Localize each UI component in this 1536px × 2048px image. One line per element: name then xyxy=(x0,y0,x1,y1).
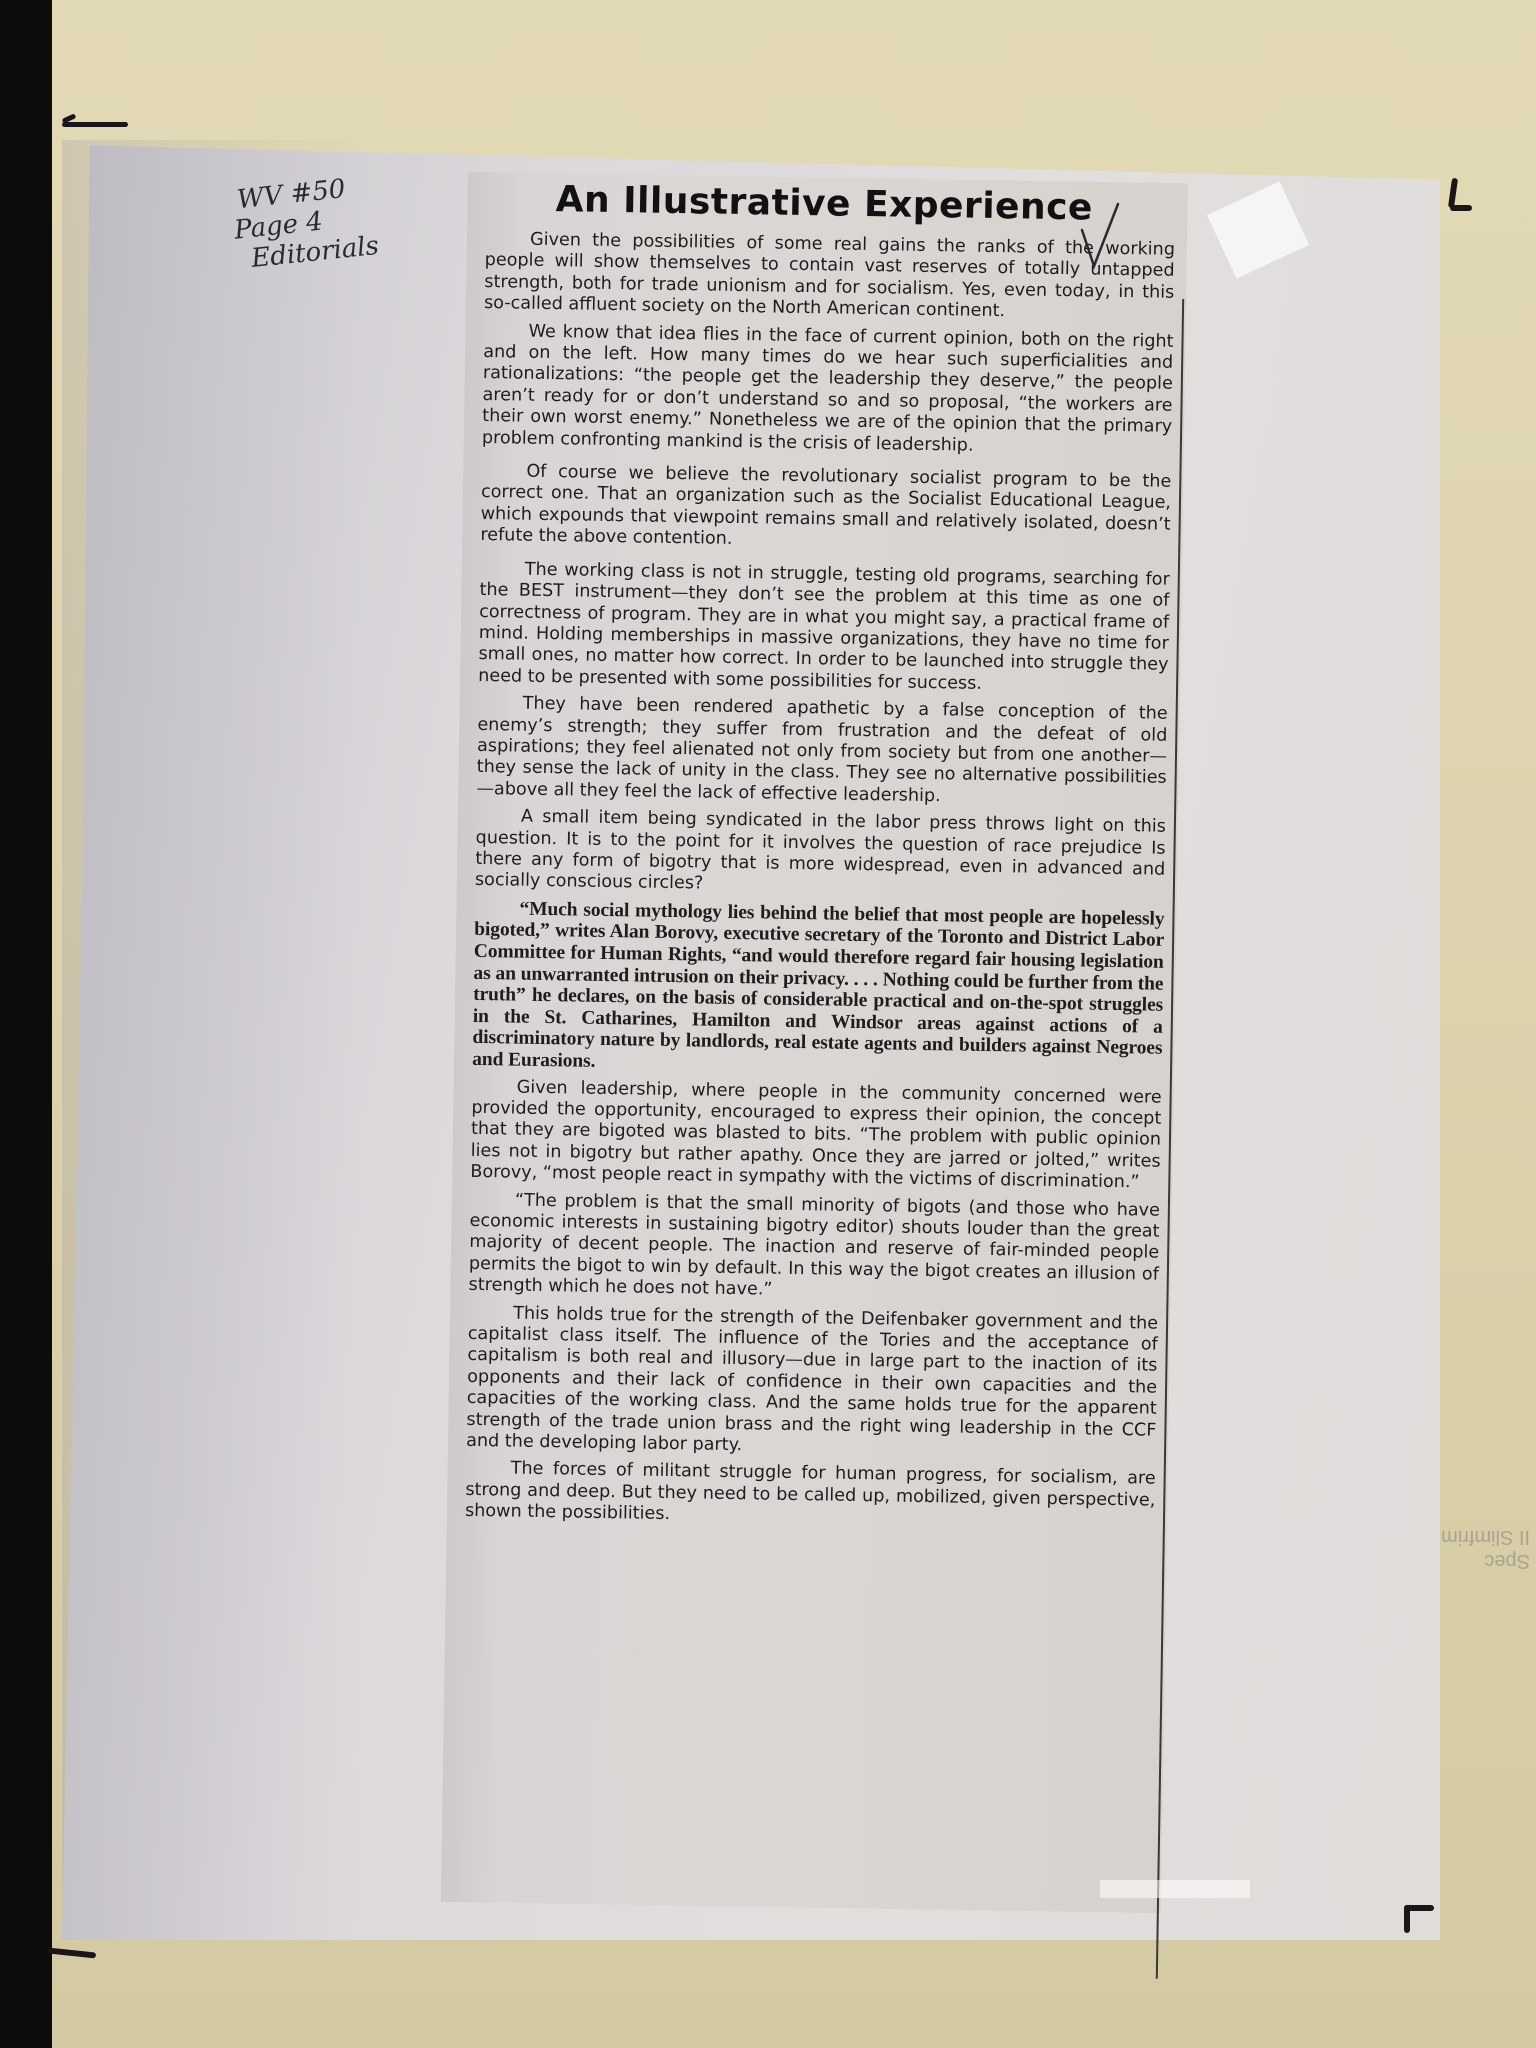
article-paragraph: The forces of militant struggle for huma… xyxy=(465,1458,1156,1533)
article-paragraph: We know that idea flies in the face of c… xyxy=(482,321,1174,460)
crop-mark-bottom-right-vertical xyxy=(1404,1905,1410,1933)
article-paragraph: Of course we believe the revolutionary s… xyxy=(480,461,1171,557)
article-paragraph: This holds true for the strength of the … xyxy=(466,1302,1158,1463)
sheet-shadow xyxy=(62,140,362,1940)
article: An Illustrative Experience Given the pos… xyxy=(465,178,1176,1539)
article-paragraph: They have been rendered apathetic by a f… xyxy=(476,693,1168,811)
article-paragraph: Given the possibilities of some real gai… xyxy=(484,229,1175,325)
checkmark-icon xyxy=(1080,200,1120,270)
quoted-paragraph: “Much social mythology lies behind the b… xyxy=(472,898,1165,1082)
article-paragraph: A small item being syndicated in the lab… xyxy=(475,806,1166,902)
crop-mark-bottom-left xyxy=(48,1948,96,1959)
handwritten-note: WV #50 Page 4 Editorials xyxy=(236,171,381,275)
crop-mark-top-left-arrow xyxy=(62,122,128,127)
crop-mark-top-right-vertical xyxy=(1448,178,1458,209)
article-paragraph: The working class is not in struggle, te… xyxy=(478,559,1170,698)
crop-mark-top-right-horizontal xyxy=(1450,205,1472,211)
article-paragraph: “The problem is that the small minority … xyxy=(468,1189,1160,1307)
article-paragraph: Given leadership, where people in the co… xyxy=(470,1076,1162,1194)
tape-strip xyxy=(1100,1880,1250,1898)
dark-frame-edge xyxy=(0,0,52,2048)
